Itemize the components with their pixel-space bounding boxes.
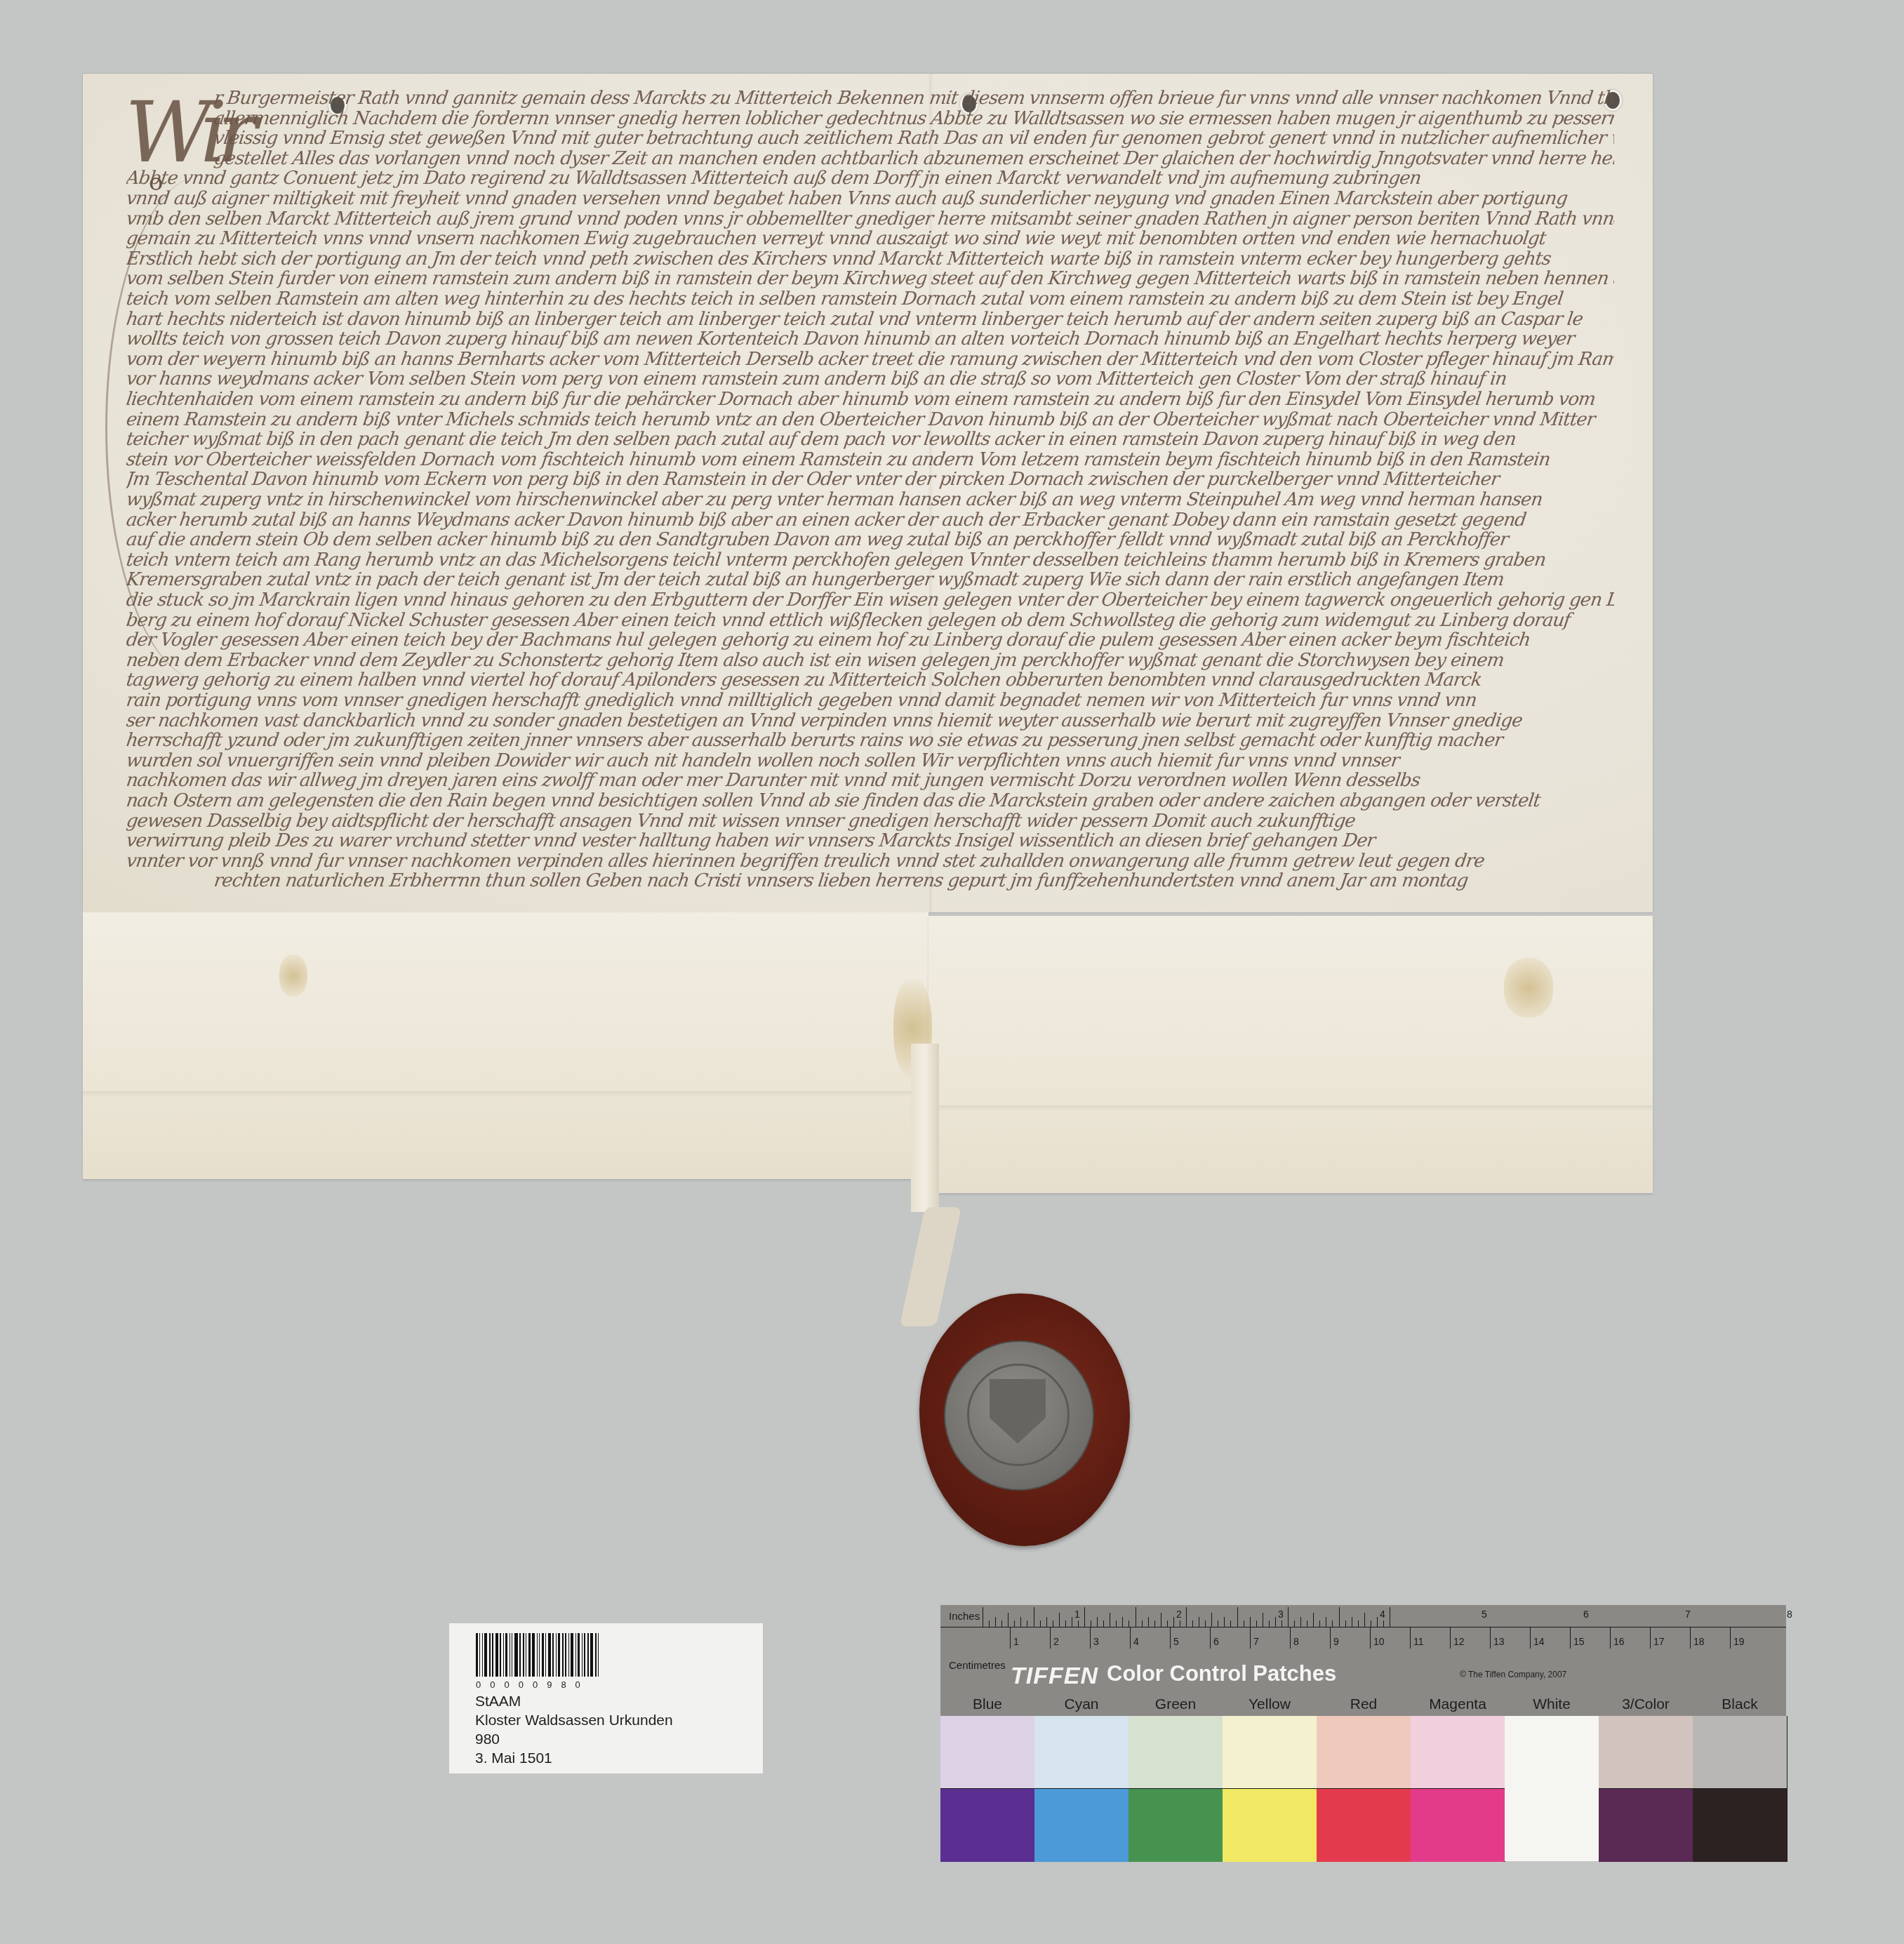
barcode-bar (495, 1633, 498, 1677)
charter-line: r Burgermeister Rath vnnd gannitz gemain… (213, 88, 1614, 109)
barcode-bar (500, 1633, 500, 1677)
barcode-bar (492, 1633, 494, 1677)
charter-text: r Burgermeister Rath vnnd gannitz gemain… (126, 81, 1614, 951)
barcode-bar (562, 1633, 564, 1677)
barcode-bar (482, 1633, 483, 1677)
barcode-icon (476, 1633, 601, 1677)
charter-line: wyßmat zuperg vntz in hirschenwinckel vo… (126, 489, 1543, 510)
charter-line: liechtenhaiden vom einem ramstein zu and… (126, 389, 1597, 410)
patch-light-black (1693, 1716, 1788, 1788)
barcode-bar (523, 1633, 524, 1677)
charter-line: vleissig vnnd Emsig stet geweßen Vnnd mi… (213, 128, 1614, 149)
charter-line: verwirrung pleib Des zu warer vrchund st… (126, 830, 1376, 851)
barcode-bar (584, 1633, 585, 1677)
charter-line: einem Ramstein zu andern biß vnter Miche… (126, 409, 1596, 430)
charter-line: vmb den selben Marckt Mitterteich auß jr… (126, 208, 1614, 229)
charter-line: rechten naturlichen Erbherrnn thun solle… (213, 870, 1469, 891)
barcode-bar (532, 1633, 535, 1677)
patch-label: White (1505, 1696, 1599, 1713)
charter-line: berg zu einem hof dorauf Nickel Schuster… (126, 610, 1571, 631)
charter-line: tagwerg gehorig zu einem halben vnnd vie… (126, 670, 1483, 691)
barcode-bar (479, 1633, 480, 1677)
patch-dark-white (1505, 1788, 1599, 1861)
charter-line: vom selben Stein furder von einem ramste… (126, 268, 1614, 289)
barcode-bar (582, 1633, 582, 1677)
patch-label: Red (1317, 1696, 1411, 1713)
patch-light-3-color (1599, 1716, 1693, 1788)
archive-label: 00000980 StAAM Kloster Waldsassen Urkund… (449, 1623, 763, 1773)
barcode-bar (565, 1633, 566, 1677)
patch-light-magenta (1411, 1716, 1505, 1788)
label-institution: StAAM (475, 1693, 521, 1710)
barcode-number: 00000980 (476, 1679, 601, 1690)
patch-dark-3-color (1599, 1788, 1693, 1862)
charter-line: hart hechts niderteich ist davon hinumb … (126, 309, 1584, 330)
barcode-bar (587, 1633, 590, 1677)
barcode-bar (519, 1633, 521, 1677)
barcode-bar (590, 1633, 593, 1677)
label-date: 3. Mai 1501 (475, 1750, 552, 1767)
barcode-bar (545, 1633, 546, 1677)
barcode-bar (489, 1633, 490, 1677)
stain (279, 954, 307, 997)
charter-line: nach Ostern am gelegensten die den Rain … (126, 790, 1541, 811)
charter-line: teich vntern teich am Rang herumb vntz a… (126, 550, 1547, 571)
barcode-bar (542, 1633, 544, 1677)
barcode-bar (571, 1633, 573, 1677)
plica-left (83, 912, 928, 1179)
color-control-card: 1234567812345678910111213141516171819 In… (940, 1605, 1786, 1861)
plica-fold (83, 912, 1653, 1186)
label-number: 980 (475, 1731, 500, 1748)
patch-light-cyan (1034, 1716, 1129, 1788)
charter-line: acker herumb zutal biß an hanns Weydmans… (126, 510, 1527, 531)
charter-line: vnnd auß aigner miltigkeit mit freyheit … (126, 188, 1569, 209)
barcode-bar (539, 1633, 540, 1677)
charter-line: auf die andern stein Ob dem selben acker… (126, 529, 1510, 550)
patch-label: Yellow (1223, 1696, 1317, 1713)
patch-dark-cyan (1034, 1788, 1129, 1862)
color-patches: BlueCyanGreenYellowRedMagentaWhite3/Colo… (940, 1605, 1786, 1861)
charter-line: gestellet Alles das vorlangen vnnd noch … (213, 148, 1614, 169)
charter-line: teich vom selben Ramstein am alten weg h… (126, 288, 1564, 309)
charter-line: die stuck so jm Marckrain ligen vnnd hin… (126, 590, 1614, 611)
stain (1504, 958, 1553, 1018)
seal-tag-twist (900, 1207, 961, 1326)
charter-line: gewesen Dasselbig bey aidtspflicht der h… (126, 811, 1357, 832)
charter-line: Abbte vnnd gantz Conuent jetz jm Dato re… (126, 168, 1423, 189)
barcode-bar (548, 1633, 551, 1677)
barcode-bar (528, 1633, 531, 1677)
barcode-bar (505, 1633, 507, 1677)
barcode-bar (484, 1633, 487, 1677)
charter-line: teicher wyßmat biß in den pach genant di… (126, 429, 1517, 450)
patch-label: Green (1129, 1696, 1223, 1713)
barcode-bar (598, 1633, 599, 1677)
charter-line: wurden sol vnuergriffen sein vnnd pleibe… (126, 750, 1401, 771)
patch-label: Black (1693, 1696, 1787, 1713)
charter-line: Jm Teschental Davon hinumb vom Eckern vo… (126, 469, 1500, 490)
charter-line: vnnter vor vnnß vnnd fur vnnser nachkome… (126, 851, 1486, 872)
charter-line: der Vogler gesessen Aber einen teich bey… (126, 630, 1531, 651)
patch-light-white (1505, 1716, 1599, 1788)
charter-line: allermenniglich Nachdem die fordernn vnn… (213, 108, 1614, 129)
barcode-bar (578, 1633, 580, 1677)
barcode-bar (526, 1633, 526, 1677)
patch-label: Cyan (1034, 1696, 1129, 1713)
barcode-bar (512, 1633, 512, 1677)
patch-dark-magenta (1411, 1788, 1505, 1862)
barcode-bar (568, 1633, 569, 1677)
patch-dark-yellow (1223, 1788, 1317, 1862)
charter-line: rain portigung vnns vom vnnser gnedigen … (126, 690, 1478, 711)
barcode-bar (575, 1633, 576, 1677)
barcode-bar (552, 1633, 553, 1677)
patch-dark-black (1693, 1788, 1788, 1862)
charter-line: nachkomen das wir allweg jm dreyen jaren… (126, 770, 1421, 791)
seal-tag (911, 1044, 939, 1212)
barcode-bar (510, 1633, 510, 1677)
patch-light-red (1317, 1716, 1411, 1788)
patch-dark-blue (940, 1788, 1035, 1862)
charter-line: gemain zu Mitterteich vnns vnnd vnsern n… (126, 228, 1547, 249)
patch-dark-red (1317, 1788, 1411, 1862)
barcode-bar (595, 1633, 596, 1677)
patch-light-blue (940, 1716, 1035, 1788)
charter-line: neben dem Erbacker vnnd dem Zeydler zu S… (126, 650, 1505, 671)
barcode-bar (503, 1633, 504, 1677)
charter-line: vom der weyern hinumb biß an hanns Bernh… (126, 349, 1614, 370)
patch-label: 3/Color (1599, 1696, 1693, 1713)
label-collection: Kloster Waldsassen Urkunden (475, 1712, 673, 1729)
barcode-bar (558, 1633, 560, 1677)
patch-light-yellow (1223, 1716, 1317, 1788)
barcode-bar (556, 1633, 557, 1677)
charter-line: Kremersgraben zutal vntz in pach der tei… (126, 569, 1505, 590)
patch-dark-green (1129, 1788, 1223, 1862)
patch-label: Magenta (1411, 1696, 1505, 1713)
charter-line: wollts teich von grossen teich Davon zup… (126, 328, 1576, 349)
charter-line: herrschafft yzund oder jm zukunfftigen z… (126, 730, 1504, 751)
plica-right (928, 916, 1653, 1193)
charter-line: ser nachkomen vast danckbarlich vnnd zu … (126, 710, 1524, 731)
inch-number: 8 (1787, 1609, 1792, 1620)
patch-light-green (1129, 1716, 1223, 1788)
barcode-bar (514, 1633, 517, 1677)
patch-label: Blue (940, 1696, 1034, 1713)
charter-line: stein vor Oberteicher weissfelden Dornac… (126, 449, 1551, 470)
charter-line: vor hanns weydmans acker Vom selben Stei… (126, 368, 1508, 390)
charter-line: Erstlich hebt sich der portigung an Jm d… (126, 248, 1552, 269)
barcode-bar (537, 1633, 538, 1677)
barcode-bar (476, 1633, 478, 1677)
